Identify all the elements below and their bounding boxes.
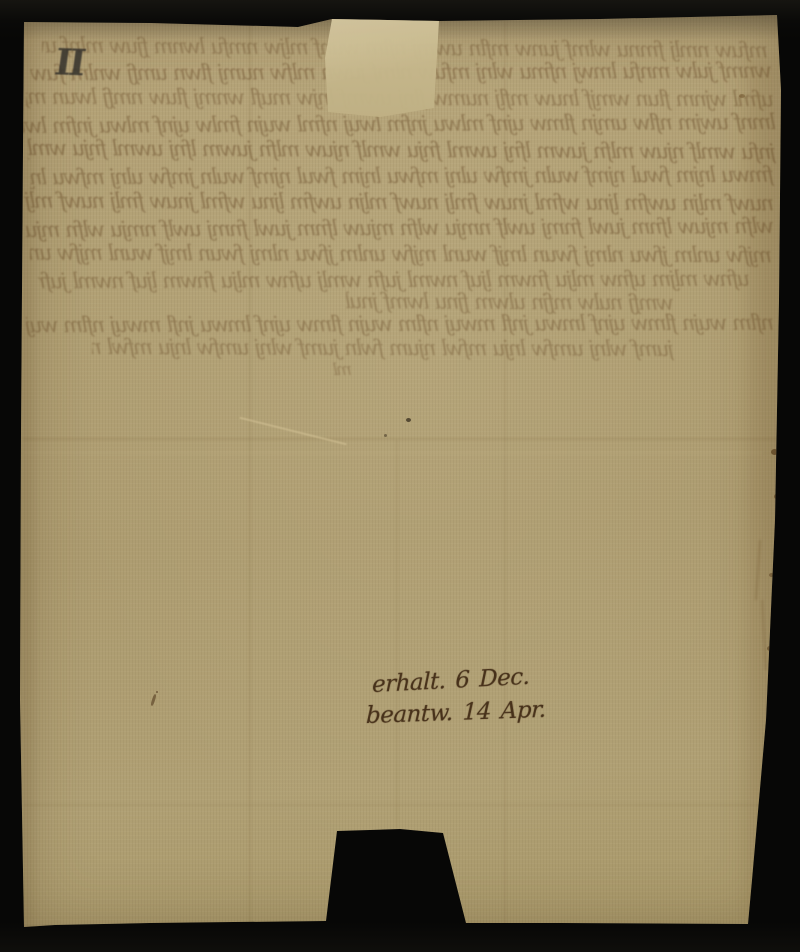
letter-page: mfuw nmlj fmnu wlmf junw mfln uwmj nflm … xyxy=(0,0,800,952)
ink-annotation-layer: II erhalt. 6 Dec. beantw. 14 Apr. xyxy=(0,0,800,952)
archive-number-mark: II xyxy=(52,42,86,85)
adhesive-tape xyxy=(325,18,440,118)
photo-stage: mfuw nmlj fmnu wlmf junw mfln uwmj nflm … xyxy=(0,0,800,952)
scan-background: { "canvas": { "width": 800, "height": 95… xyxy=(0,0,800,952)
annotation-received-date: erhalt. 6 Dec. xyxy=(372,664,530,698)
annotation-answered-date: beantw. 14 Apr. xyxy=(366,697,547,729)
